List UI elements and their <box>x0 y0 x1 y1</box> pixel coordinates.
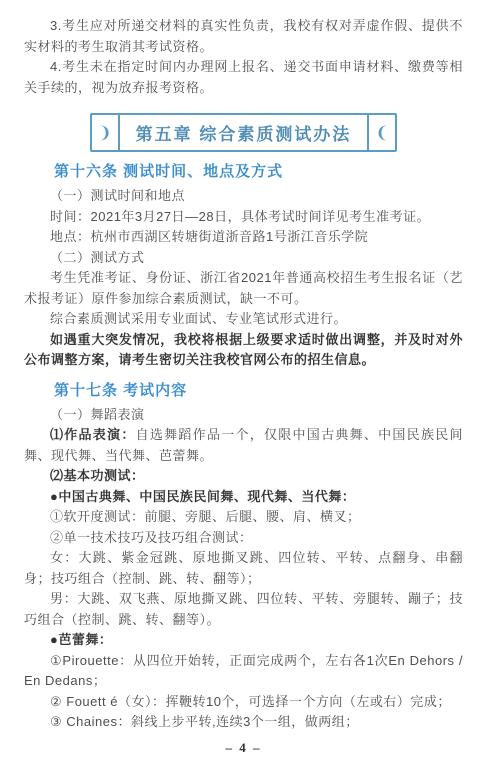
paragraph: ②单一技术技巧及技巧组合测试： <box>24 528 463 549</box>
page-number: – 4 – <box>0 740 487 756</box>
paragraph: ●芭蕾舞： <box>24 630 463 651</box>
paragraph: 综合素质测试采用专业面试、专业笔试形式进行。 <box>24 309 463 330</box>
banner-right-ornament-icon: ❨ <box>369 115 394 150</box>
paragraph: ③ Chaines：斜线上步平转,连续3个一组，做两组； <box>24 712 463 733</box>
paragraph: 4.考生未在指定时间内办理网上报名、递交书面申请材料、缴费等相关手续的，视为放弃… <box>24 57 463 98</box>
paragraph: ② Fouett é（女）：挥鞭转10个，可选择一个方向（左或右）完成； <box>24 692 463 713</box>
paragraph: 3.考生应对所递交材料的真实性负责，我校有权对弄虚作假、提供不实材料的考生取消其… <box>24 16 463 57</box>
paragraph: 如遇重大突发情况，我校将根据上级要求适时做出调整，并及时对外公布调整方案，请考生… <box>24 330 463 371</box>
document-sections: 第十六条 测试时间、地点及方式（一）测试时间和地点时间：2021年3月27日—2… <box>24 161 463 733</box>
paragraph: 考生凭准考证、身份证、浙江省2021年普通高校招生考生报名证（艺术报考证）原件参… <box>24 268 463 309</box>
paragraph: 女：大跳、紫金冠跳、原地撕叉跳、四位转、平转、点翻身、串翻身；技巧组合（控制、跳… <box>24 548 463 589</box>
paragraph: ●中国古典舞、中国民族民间舞、现代舞、当代舞： <box>24 487 463 508</box>
intro-paragraphs: 3.考生应对所递交材料的真实性负责，我校有权对弄虚作假、提供不实材料的考生取消其… <box>24 16 463 98</box>
paragraph: 男：大跳、双飞燕、原地撕叉跳、四位转、平转、旁腿转、蹦子；技巧组合（控制、跳、转… <box>24 589 463 630</box>
paragraph: （一）测试时间和地点 <box>24 186 463 207</box>
paragraph-label: ⑴作品表演： <box>50 427 136 442</box>
document-page: 3.考生应对所递交材料的真实性负责，我校有权对弄虚作假、提供不实材料的考生取消其… <box>0 0 487 768</box>
paragraph: （一）舞蹈表演 <box>24 405 463 426</box>
paragraph: 地点：杭州市西湖区转塘街道浙音路1号浙江音乐学院 <box>24 227 463 248</box>
section-heading-1: 第十六条 测试时间、地点及方式 <box>24 161 463 182</box>
paragraph: （二）测试方式 <box>24 248 463 269</box>
paragraph: ⑴作品表演：自选舞蹈作品一个，仅限中国古典舞、中国民族民间舞、现代舞、当代舞、芭… <box>24 425 463 466</box>
paragraph: ①软开度测试：前腿、旁腿、后腿、腰、肩、横叉； <box>24 507 463 528</box>
chapter-title: 第五章 综合素质测试办法 <box>118 115 370 150</box>
paragraph: ①Pirouette：从四位开始转，正面完成两个，左右各1次En Dehors … <box>24 651 463 692</box>
banner-left-ornament-icon: ❩ <box>92 115 117 150</box>
paragraph: ⑵基本功测试： <box>24 466 463 487</box>
section-heading-2: 第十七条 考试内容 <box>24 380 463 401</box>
paragraph: 时间：2021年3月27日—28日，具体考试时间详见考生准考证。 <box>24 207 463 228</box>
chapter-banner: ❩ 第五章 综合素质测试办法 ❨ <box>90 113 397 152</box>
